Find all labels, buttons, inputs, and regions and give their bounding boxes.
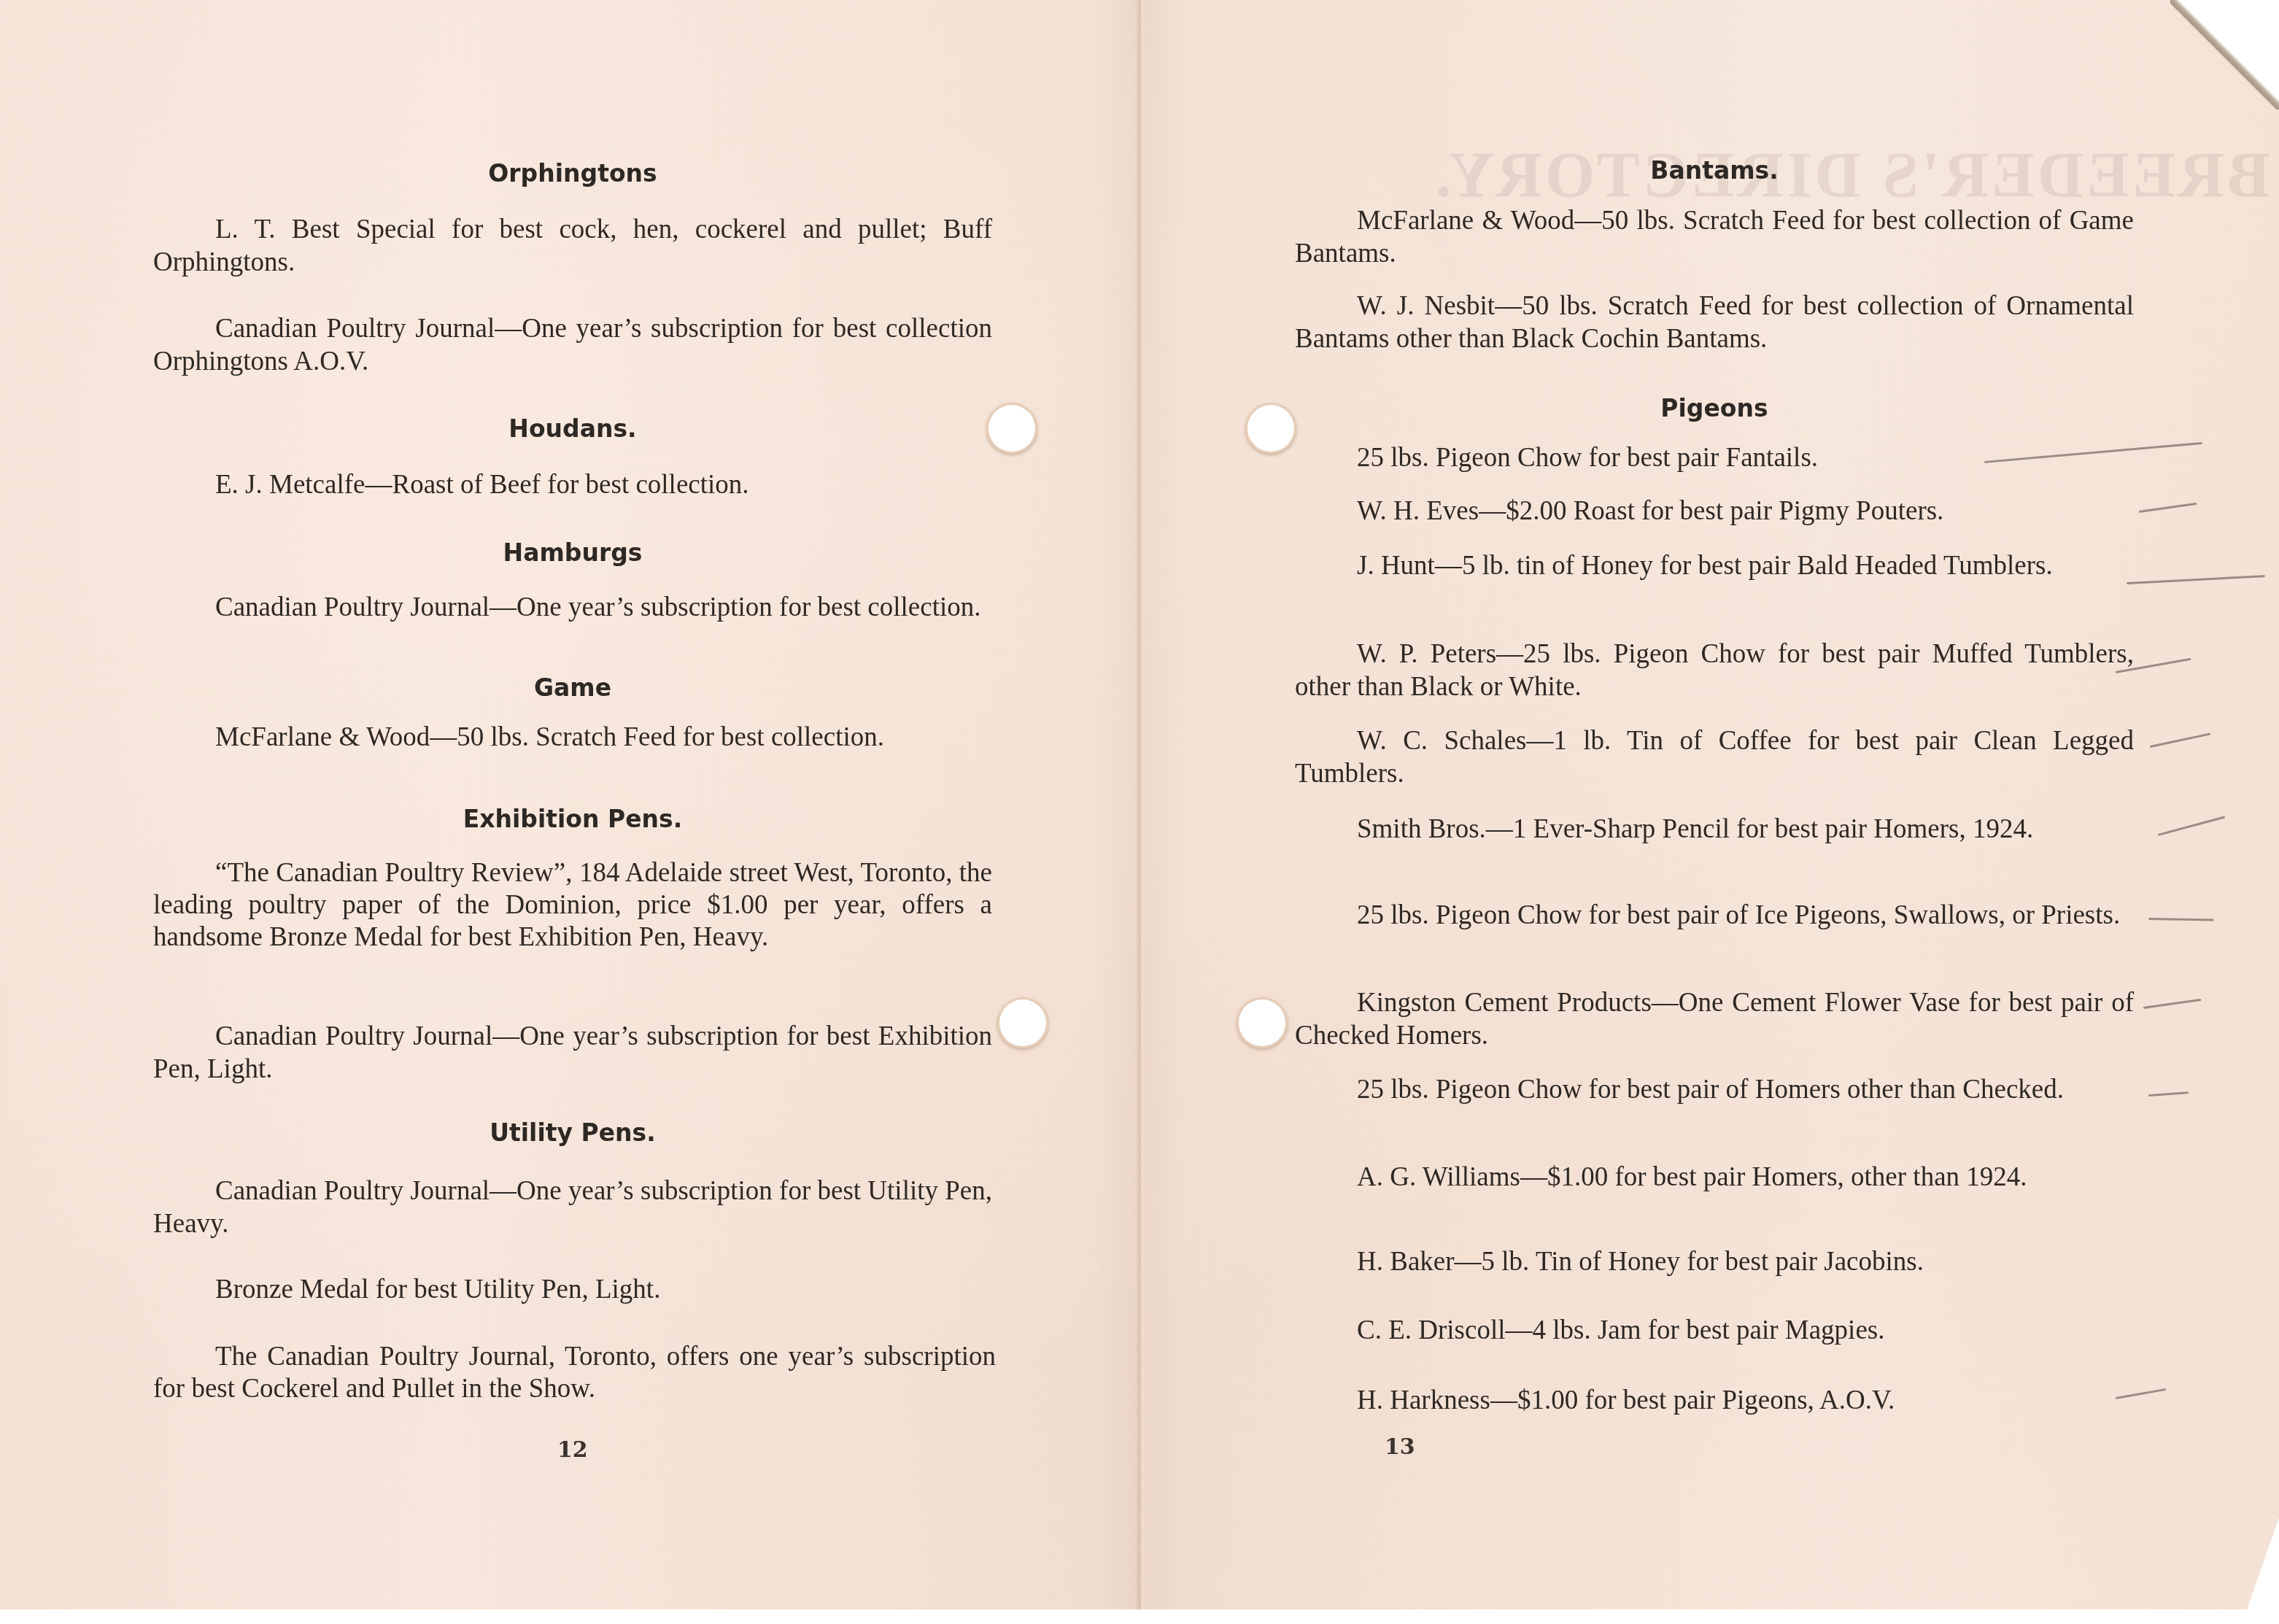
paragraph: Canadian Poultry Journal—One year’s subs… xyxy=(153,312,992,378)
paragraph: Kingston Cement Products—One Cement Flow… xyxy=(1295,986,2134,1052)
heading-exhibition-pens: Exhibition Pens. xyxy=(153,805,992,833)
paragraph: W. H. Eves—$2.00 Roast for best pair Pig… xyxy=(1295,495,2134,527)
heading-houdans: Houdans. xyxy=(153,414,992,443)
paragraph: Smith Bros.—1 Ever-Sharp Pencil for best… xyxy=(1295,813,2134,846)
paragraph: H. Harkness—$1.00 for best pair Pigeons,… xyxy=(1295,1384,2134,1417)
heading-game: Game xyxy=(153,673,992,702)
paragraph: McFarlane & Wood—50 lbs. Scratch Feed fo… xyxy=(1295,204,2134,270)
paragraph: The Canadian Poultry Journal, Toronto, o… xyxy=(153,1341,996,1405)
paragraph: C. E. Driscoll—4 lbs. Jam for best pair … xyxy=(1295,1314,2134,1347)
paragraph: “The Canadian Poultry Review”, 184 Adela… xyxy=(153,857,992,954)
heading-orphingtons: Orphingtons xyxy=(153,159,992,187)
paragraph: H. Baker—5 lb. Tin of Honey for best pai… xyxy=(1295,1245,2134,1278)
heading-hamburgs: Hamburgs xyxy=(153,538,992,567)
paragraph: E. J. Metcalfe—Roast of Beef for best co… xyxy=(153,468,992,501)
paragraph: W. J. Nesbit—50 lbs. Scratch Feed for be… xyxy=(1295,290,2134,355)
page-number-right: 13 xyxy=(1385,1434,1415,1460)
paragraph: McFarlane & Wood—50 lbs. Scratch Feed fo… xyxy=(153,721,992,754)
paragraph: Canadian Poultry Journal—One year’s subs… xyxy=(153,1020,992,1086)
paragraph: 25 lbs. Pigeon Chow for best pair Fantai… xyxy=(1295,441,2134,474)
heading-utility-pens: Utility Pens. xyxy=(153,1118,992,1147)
punch-hole xyxy=(1247,405,1294,452)
heading-bantams: Bantams. xyxy=(1295,156,2134,185)
paragraph: W. P. Peters—25 lbs. Pigeon Chow for bes… xyxy=(1295,638,2134,703)
page-left: Orphingtons L. T. Best Special for best … xyxy=(0,0,1138,1609)
paragraph: 25 lbs. Pigeon Chow for best pair of Hom… xyxy=(1295,1073,2134,1106)
paragraph: L. T. Best Special for best cock, hen, c… xyxy=(153,213,992,279)
heading-pigeons: Pigeons xyxy=(1295,394,2134,422)
paragraph: Canadian Poultry Journal—One year’s subs… xyxy=(153,591,992,624)
page-right: BREEDER'S DIRECTORY. Bantams. McFarlane … xyxy=(1141,0,2279,1609)
paragraph: Bronze Medal for best Utility Pen, Light… xyxy=(153,1273,992,1306)
paragraph: A. G. Williams—$1.00 for best pair Homer… xyxy=(1295,1161,2134,1194)
punch-hole xyxy=(988,405,1035,452)
paragraph: Canadian Poultry Journal—One year’s subs… xyxy=(153,1175,992,1240)
page-number-left: 12 xyxy=(557,1437,588,1463)
punch-hole xyxy=(1239,999,1285,1046)
paragraph: 25 lbs. Pigeon Chow for best pair of Ice… xyxy=(1295,899,2134,932)
paragraph: W. C. Schales—1 lb. Tin of Coffee for be… xyxy=(1295,724,2134,790)
punch-hole xyxy=(999,999,1046,1046)
paragraph: J. Hunt—5 lb. tin of Honey for best pair… xyxy=(1295,549,2134,582)
